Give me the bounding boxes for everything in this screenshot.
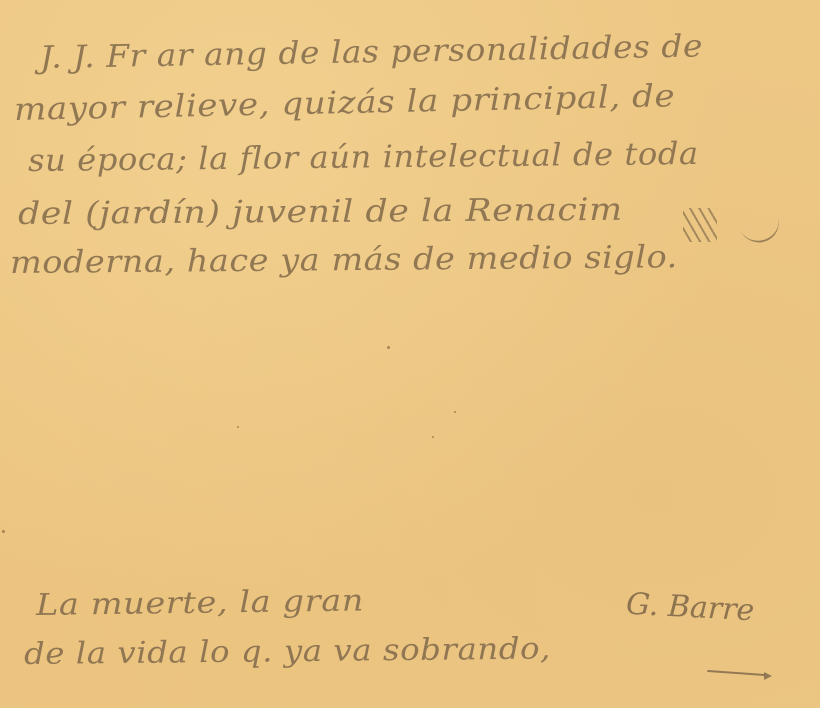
closing-arrow-icon bbox=[764, 672, 772, 680]
paper-speck bbox=[237, 426, 239, 428]
paper-speck bbox=[454, 411, 456, 413]
bracketed-word: (jardín) bbox=[85, 195, 221, 232]
handwritten-line-2: mayor relieve, quizás la principal, de bbox=[14, 78, 676, 128]
handwritten-line-7: de la vida lo q. ya va sobrando, bbox=[24, 631, 551, 672]
line-4-prefix: del bbox=[18, 196, 74, 232]
handwritten-line-5: moderna, hace ya más de medio siglo. bbox=[10, 239, 678, 281]
closing-dash bbox=[707, 670, 765, 676]
paper-speck bbox=[2, 530, 5, 533]
paper-speck bbox=[432, 436, 434, 438]
handwritten-line-3: su época; la flor aún intelectual de tod… bbox=[28, 136, 699, 179]
manuscript-page: J. J. Fr ar ang de las personalidades de… bbox=[0, 0, 820, 708]
handwritten-line-4: del (jardín) juvenil de la Renacim bbox=[18, 192, 623, 232]
line-4-rest: juvenil de la Renacim bbox=[232, 192, 623, 231]
handwritten-line-1: J. J. Fr ar ang de las personalidades de bbox=[40, 28, 704, 76]
author-signature: G. Barre bbox=[625, 587, 755, 629]
paper-speck bbox=[387, 346, 390, 349]
line-continuation-mark bbox=[740, 216, 784, 247]
handwritten-line-6: La muerte, la gran bbox=[36, 583, 364, 623]
scribble-correction-mark bbox=[683, 208, 717, 242]
